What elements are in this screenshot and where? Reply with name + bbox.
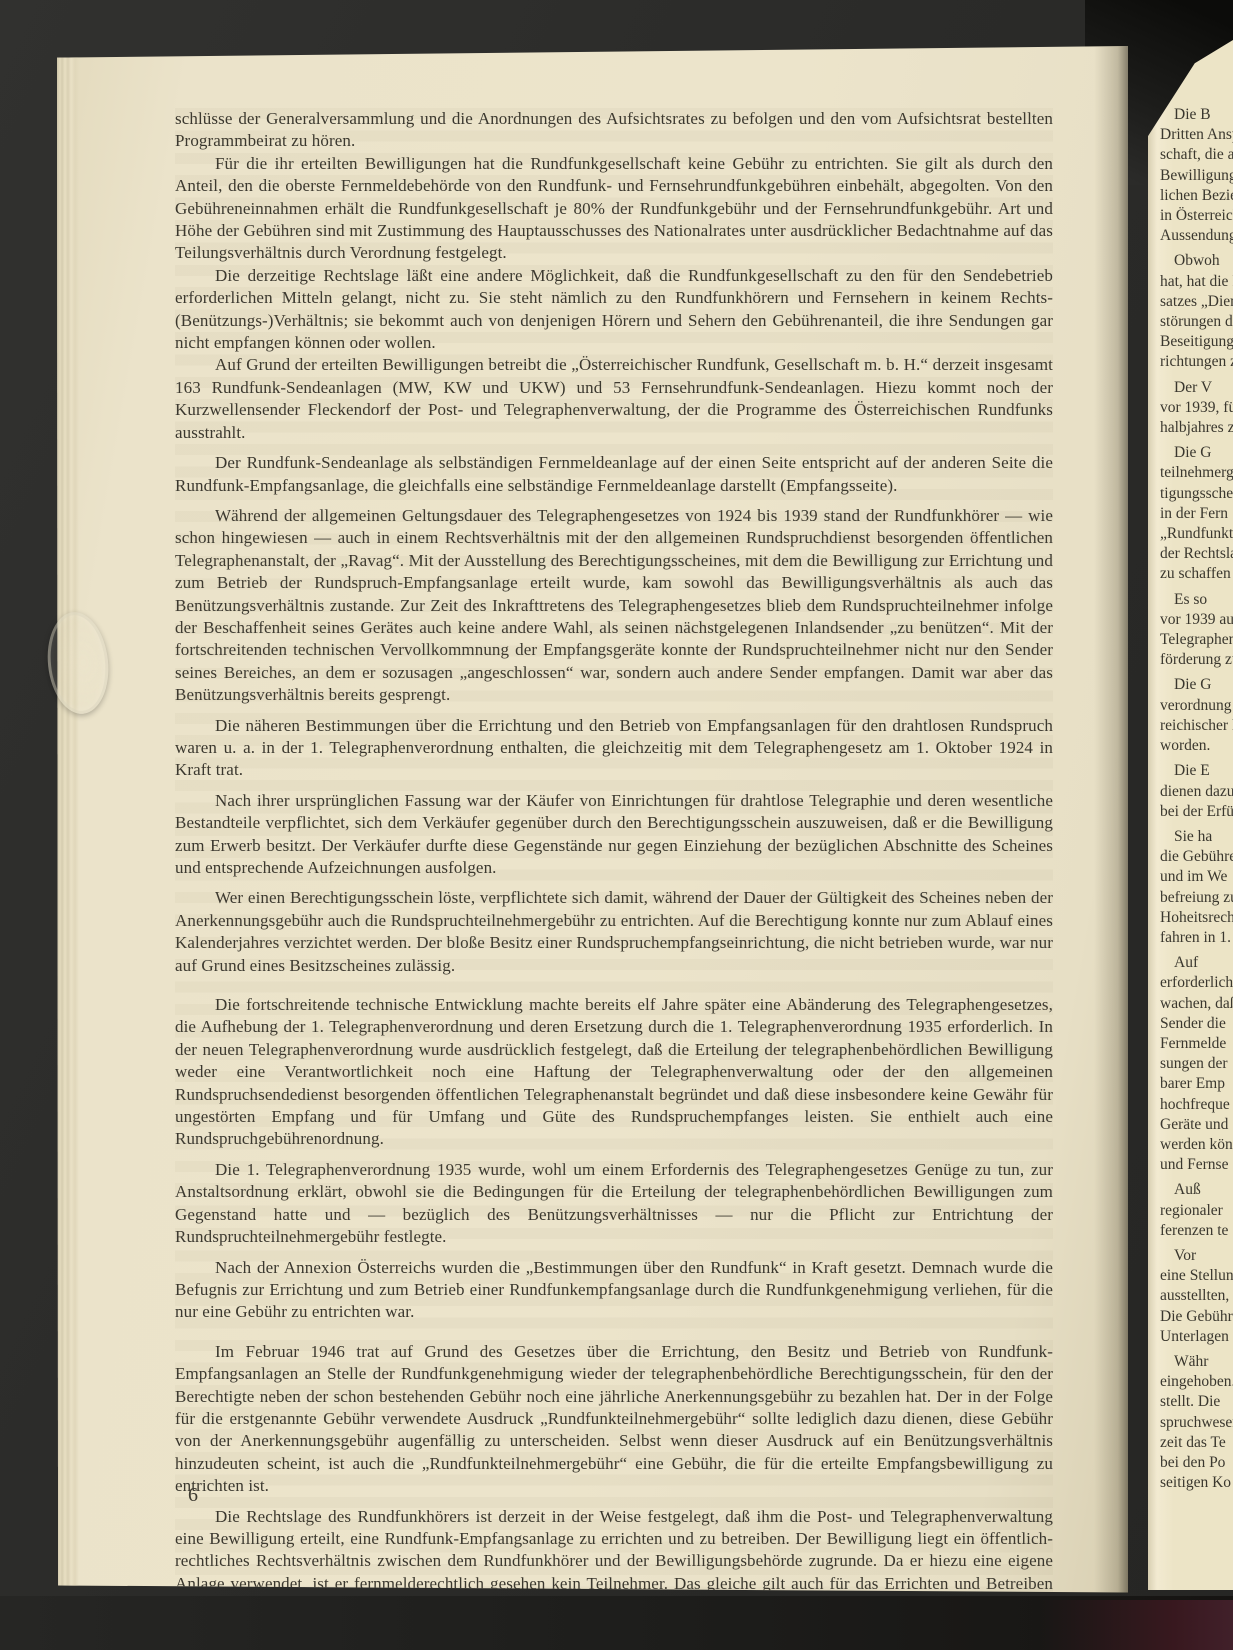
right-page-line: Bewilligungsi xyxy=(1160,166,1233,186)
right-page-line: hochfreque xyxy=(1160,1095,1233,1115)
right-page-line: reichischer F xyxy=(1160,716,1233,736)
right-page-line: Beseitigung f xyxy=(1160,332,1233,352)
right-page-line: Hoheitsrecht xyxy=(1160,908,1233,928)
right-page-line: Obwoh xyxy=(1160,251,1233,271)
right-page-line: Fernmelde xyxy=(1160,1034,1233,1054)
right-page-line: Währ xyxy=(1160,1352,1233,1372)
right-page-line: in der Fern xyxy=(1160,504,1233,524)
right-page-line: fahren in 1. xyxy=(1160,928,1233,948)
right-page-line: Telegraphen xyxy=(1160,630,1233,650)
right-page-line: erforderliche xyxy=(1160,973,1233,993)
right-page-line: schaft, die au xyxy=(1160,145,1233,165)
right-page-text: Die BDritten Ansprschaft, die auBewillig… xyxy=(1160,100,1233,1493)
right-page-line: spruchwesen xyxy=(1160,1413,1233,1433)
right-page-line: ferenzen te xyxy=(1160,1221,1233,1241)
right-page-line: Es so xyxy=(1160,590,1233,610)
right-page-line: befreiung zu xyxy=(1160,888,1233,908)
right-page-line: seitigen Ko xyxy=(1160,1473,1233,1493)
paragraph: schlüsse der Generalversammlung und die … xyxy=(175,108,1053,153)
right-page-line: werden kön xyxy=(1160,1135,1233,1155)
gutter-shadow xyxy=(1094,46,1128,1594)
right-page-line: ausstellten, e xyxy=(1160,1286,1233,1306)
right-page-line: regionaler xyxy=(1160,1201,1233,1221)
right-page-line: hat, hat die P xyxy=(1160,272,1233,292)
right-page-line: Die G xyxy=(1160,675,1233,695)
right-page: Die BDritten Ansprschaft, die auBewillig… xyxy=(1148,40,1233,1590)
page-number: 6 xyxy=(188,1484,198,1507)
right-page-line: und Fernse xyxy=(1160,1155,1233,1175)
right-page-line: Die E xyxy=(1160,761,1233,781)
right-page-line: dienen dazu, xyxy=(1160,782,1233,802)
right-page-line: Aussendunge xyxy=(1160,226,1233,246)
right-page-line: halbjahres zu xyxy=(1160,418,1233,438)
right-page-line: sungen der xyxy=(1160,1054,1233,1074)
paragraph: Auf Grund der erteilten Bewilligungen be… xyxy=(175,354,1053,444)
right-page-line: Vor xyxy=(1160,1246,1233,1266)
cover-maroon-edge xyxy=(1040,1600,1233,1650)
right-page-line: die Gebühre xyxy=(1160,847,1233,867)
paragraph: Für die ihr erteilten Bewilligungen hat … xyxy=(175,153,1053,265)
right-page-line: der Rechtsla xyxy=(1160,544,1233,564)
paragraph: Nach der Annexion Österreichs wurden die… xyxy=(175,1257,1053,1324)
right-page-line: störungen die xyxy=(1160,312,1233,332)
right-page-line: eine Stellung xyxy=(1160,1266,1233,1286)
right-page-line: zeit das Te xyxy=(1160,1433,1233,1453)
right-page-line: vor 1939, für xyxy=(1160,398,1233,418)
right-page-line: und im We xyxy=(1160,867,1233,887)
right-page-line: in Österreich xyxy=(1160,206,1233,226)
right-page-line: Die Gebühr xyxy=(1160,1307,1233,1327)
paragraph: Die 1. Telegraphenverordnung 1935 wurde,… xyxy=(175,1159,1053,1249)
right-page-line: teilnehmergel xyxy=(1160,463,1233,483)
right-page-line: lichen Bezieh xyxy=(1160,186,1233,206)
main-text: schlüsse der Generalversammlung und die … xyxy=(175,108,1053,1618)
right-page-line: zu schaffen xyxy=(1160,564,1233,584)
right-page-line: Unterlagen xyxy=(1160,1327,1233,1347)
right-page-line: bei der Erfü xyxy=(1160,802,1233,822)
paragraph: Während der allgemeinen Geltungsdauer de… xyxy=(175,505,1053,707)
right-page-line: eingehoben. xyxy=(1160,1372,1233,1392)
paragraph: Der Rundfunk-Sendeanlage als selbständig… xyxy=(175,452,1053,497)
right-page-line: Sender die xyxy=(1160,1014,1233,1034)
right-page-line: „Rundfunkt xyxy=(1160,524,1233,544)
paragraph: Die fortschreitende technische Entwicklu… xyxy=(175,994,1053,1151)
right-page-line: richtungen zu xyxy=(1160,352,1233,372)
left-page: schlüsse der Generalversammlung und die … xyxy=(57,46,1128,1594)
paragraph: Im Februar 1946 trat auf Grund des Geset… xyxy=(175,1341,1053,1498)
paragraph: Die derzeitige Rechtslage läßt eine ande… xyxy=(175,265,1053,355)
right-page-line: tigungsschein xyxy=(1160,484,1233,504)
right-page-line: Der V xyxy=(1160,378,1233,398)
right-page-line: bei den Po xyxy=(1160,1453,1233,1473)
right-page-line: stellt. Die xyxy=(1160,1392,1233,1412)
right-page-line: Dritten Anspr xyxy=(1160,125,1233,145)
right-page-line: förderung zu xyxy=(1160,650,1233,670)
right-page-line: verordnung xyxy=(1160,696,1233,716)
right-page-line: Geräte und xyxy=(1160,1115,1233,1135)
right-page-line: Auß xyxy=(1160,1180,1233,1200)
right-page-line: Auf xyxy=(1160,953,1233,973)
page-edge-stack xyxy=(57,50,79,1588)
right-page-line: Sie ha xyxy=(1160,827,1233,847)
book-scan: schlüsse der Generalversammlung und die … xyxy=(0,0,1233,1650)
right-page-line: vor 1939 auf xyxy=(1160,610,1233,630)
right-page-line: satzes „Dien xyxy=(1160,292,1233,312)
right-page-line: Die B xyxy=(1160,105,1233,125)
paragraph: Nach ihrer ursprünglichen Fassung war de… xyxy=(175,790,1053,880)
right-page-line: worden. xyxy=(1160,736,1233,756)
paragraph: Wer einen Berechtigungsschein löste, ver… xyxy=(175,887,1053,977)
paragraph: Die näheren Bestimmungen über die Errich… xyxy=(175,715,1053,782)
right-page-line: wachen, daß xyxy=(1160,994,1233,1014)
right-page-line: barer Emp xyxy=(1160,1074,1233,1094)
right-page-line: Die G xyxy=(1160,443,1233,463)
